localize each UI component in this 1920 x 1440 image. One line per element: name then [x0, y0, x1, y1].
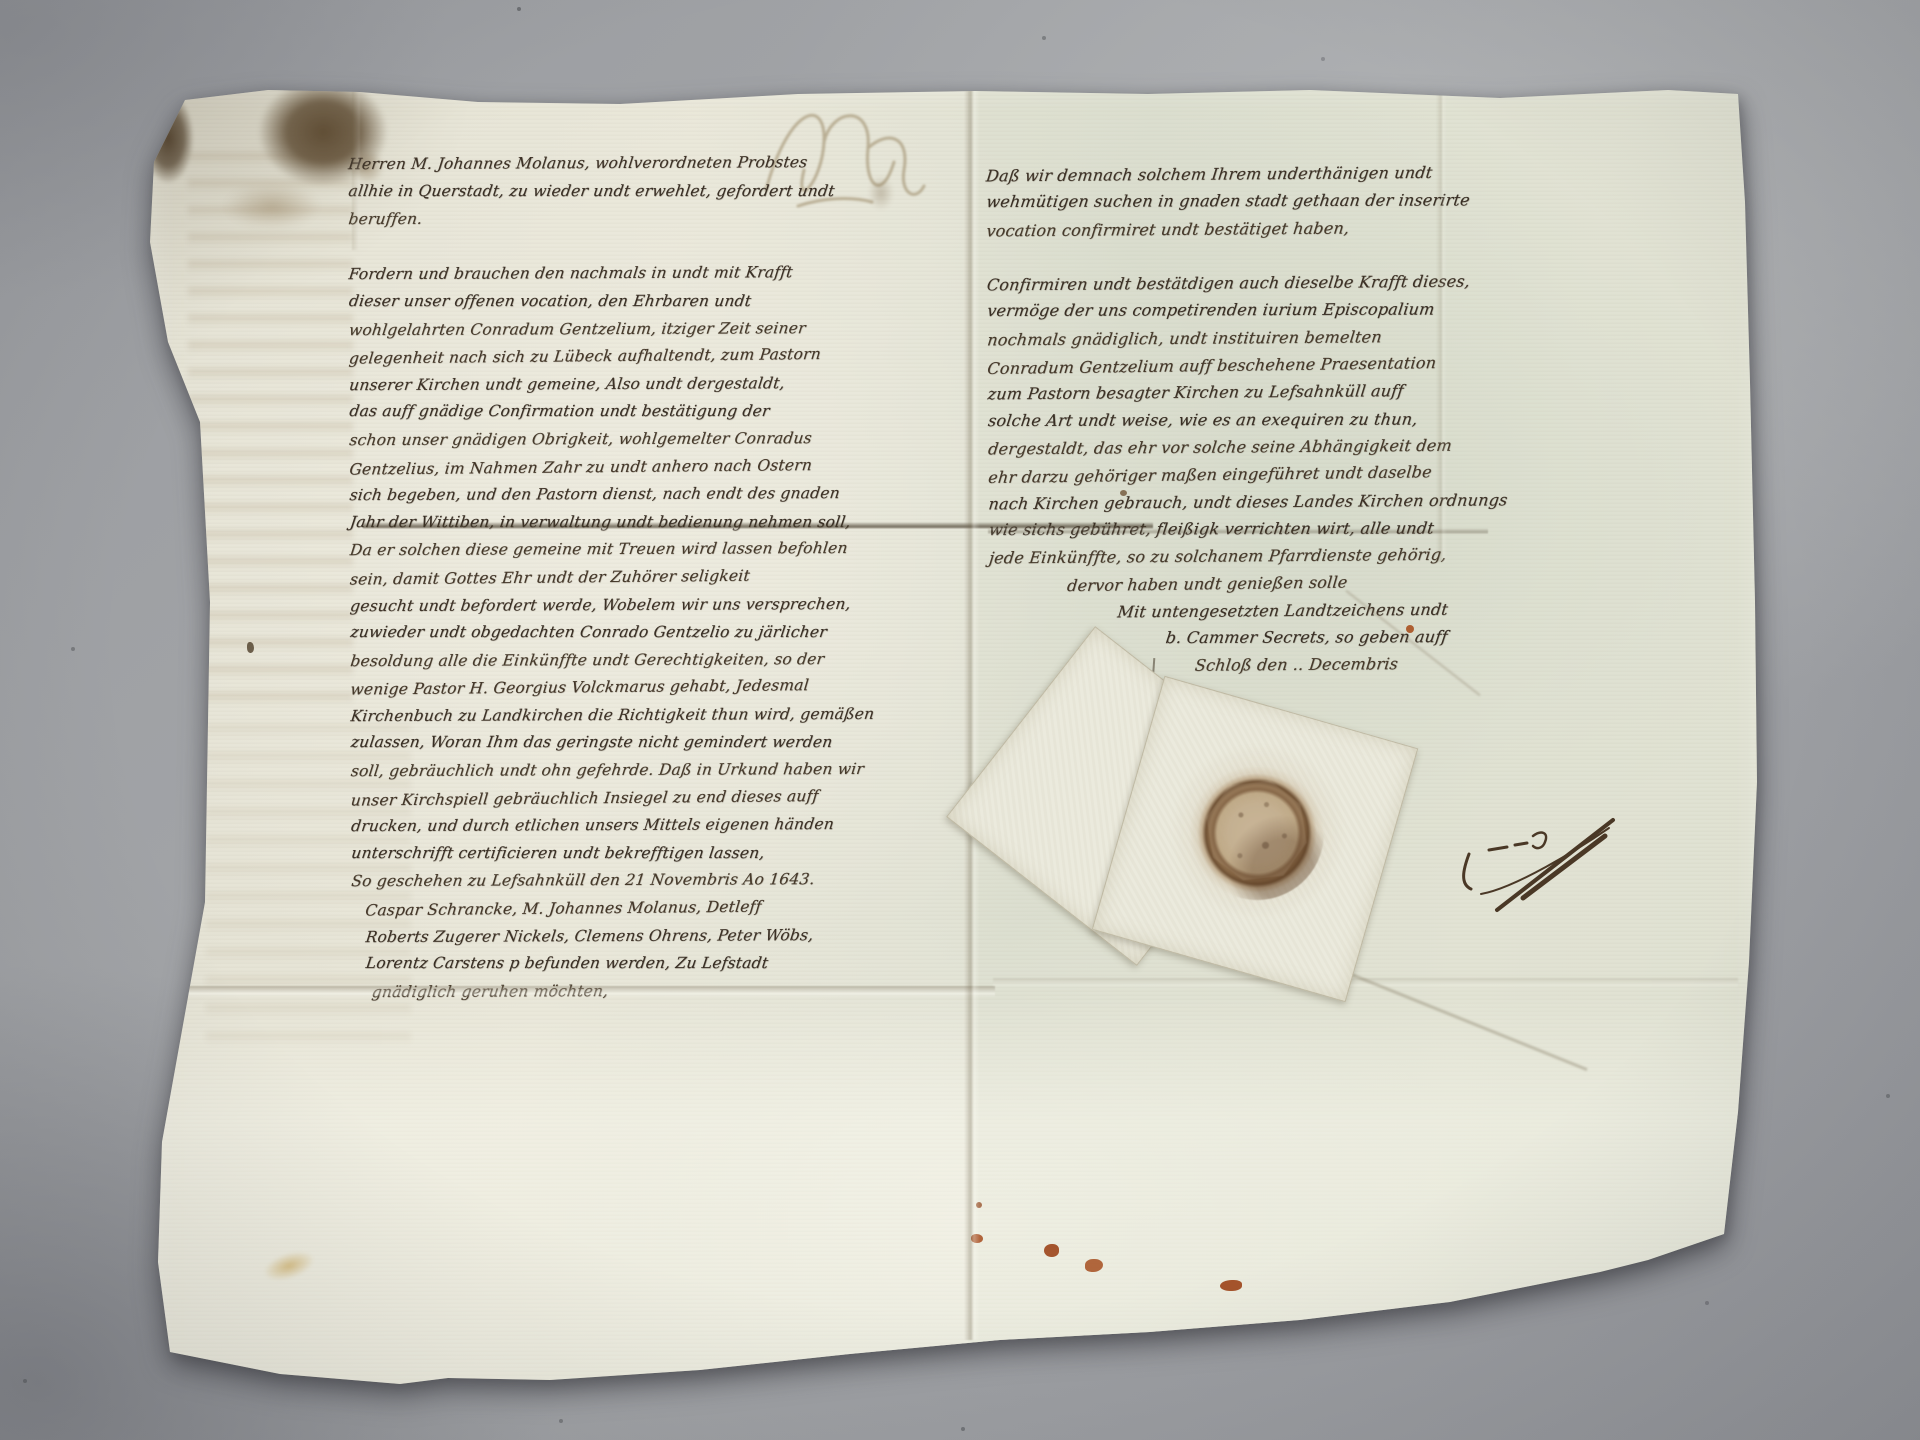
handwritten-line: zulassen, Woran Ihm das geringste nicht …	[349, 729, 882, 757]
signature-paraph	[1453, 792, 1648, 927]
handwritten-line: zum Pastorn besagter Kirchen zu Lefsahnk…	[986, 376, 1599, 408]
handwritten-line: dieser unser offenen vocation, den Ehrba…	[347, 288, 880, 316]
handwritten-line: gesucht undt befordert werde, Wobelem wi…	[348, 590, 881, 620]
handwritten-line: gnädiglich geruhen möchten,	[370, 977, 883, 1007]
handwritten-line: Gentzelius, im Nahmen Zahr zu undt anher…	[348, 451, 881, 484]
handwritten-line: wenige Pastor H. Georgius Volckmarus geh…	[349, 672, 882, 705]
handwritten-line: soll, gebräuchlich undt ohn gefehrde. Da…	[349, 756, 882, 786]
handwritten-line: Jahr der Wittiben, in verwaltung undt be…	[348, 509, 881, 537]
handwritten-line: besoldung alle die Einkünffte undt Gerec…	[349, 646, 882, 676]
handwritten-line: unserer Kirchen undt gemeine, Also undt …	[348, 370, 881, 400]
handwritten-line: vermöge der uns competirenden iurium Epi…	[986, 295, 1599, 324]
handwritten-line: zuwieder undt obgedachten Conrado Gentze…	[349, 619, 882, 647]
handwritten-line: Lorentz Carstens p befunden werden, Zu L…	[364, 950, 883, 978]
handwritten-line: Herren M. Johannes Molanus, wohlverordne…	[347, 149, 880, 179]
handwritten-line: sein, damit Gottes Ehr undt der Zuhörer …	[348, 561, 881, 594]
handwritten-line: das auff gnädige Confirmation undt bestä…	[348, 398, 881, 426]
handwritten-line: unterschrifft certificieren undt bekreff…	[350, 840, 883, 868]
photo-canvas: { "scene": { "subject": "photograph-of-1…	[0, 0, 1920, 1440]
handwritten-line: Da er solchen diese gemeine mit Treuen w…	[348, 535, 881, 565]
letter-paper: Herren M. Johannes Molanus, wohlverordne…	[148, 82, 1760, 1408]
handwritten-line: Schloß den ‥ Decembris	[1193, 649, 1601, 680]
ink-bleedthrough-upper	[188, 152, 353, 717]
handwritten-line: Mit untengesetzten Landtzeichens undt	[1116, 594, 1601, 625]
handwritten-line: unser Kirchspiell gebräuchlich Insiegel …	[349, 782, 882, 815]
handwritten-line: drucken, und durch etlichen unsers Mitte…	[349, 811, 882, 841]
handwritten-line: b. Cammer Secrets, so geben auff	[1164, 623, 1601, 652]
handwritten-line: Kirchenbuch zu Landkirchen die Richtigke…	[349, 701, 882, 731]
handwritten-line: schon unser gnädigen Obrigkeit, wohlgeme…	[348, 425, 881, 455]
right-page-text: Daß wir demnach solchem Ihrem underthäni…	[986, 158, 1600, 681]
handwritten-line: wohlgelahrten Conradum Gentzelium, itzig…	[347, 314, 880, 344]
handwritten-line: gelegenheit nach sich zu Lübeck aufhalte…	[348, 341, 881, 374]
handwritten-line: wehmütigen suchen in gnaden stadt gethaa…	[985, 186, 1598, 215]
stain-top-left-corner	[142, 92, 194, 184]
background-dust-specks	[0, 0, 2, 2]
handwritten-line: beruffen.	[347, 204, 880, 234]
handwritten-line: Fordern und brauchen den nachmals in und…	[347, 259, 880, 289]
handwritten-line: So geschehen zu Lefsahnküll den 21 Novem…	[350, 866, 883, 896]
handwritten-line: nach Kirchen gebrauch, undt dieses Lande…	[987, 485, 1600, 517]
handwritten-line: sich begeben, und den Pastorn dienst, na…	[348, 480, 881, 510]
wax-seal-facet-outline	[1199, 773, 1314, 888]
handwritten-line: Caspar Schrancke, M. Johannes Molanus, D…	[364, 893, 883, 926]
handwritten-line: Daß wir demnach solchem Ihrem underthäni…	[985, 158, 1598, 190]
left-page-text: Herren M. Johannes Molanus, wohlverordne…	[348, 149, 882, 1007]
handwritten-line: allhie in Querstadt, zu wieder undt erwe…	[347, 178, 880, 206]
handwritten-line: Roberts Zugerer Nickels, Clemens Ohrens,…	[364, 921, 883, 951]
handwritten-line: Confirmiren undt bestätdigen auch diesel…	[985, 267, 1598, 299]
letter-paper-wrapper: Herren M. Johannes Molanus, wohlverordne…	[148, 82, 1760, 1408]
handwritten-line: solche Art undt weise, wie es an exequir…	[986, 405, 1599, 434]
handwritten-line: wie sichs gebühret, fleißigk verrichten …	[987, 514, 1600, 543]
handwritten-line	[347, 230, 880, 263]
